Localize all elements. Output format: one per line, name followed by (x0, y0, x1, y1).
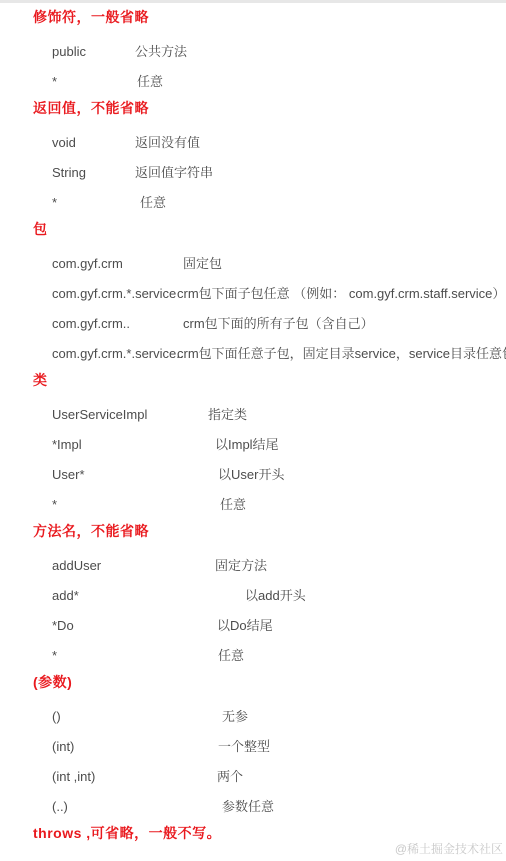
desc-text: 指定类 (208, 406, 247, 424)
table-row: com.gyf.crm.*.service crm包下面子包任意 （例如： co… (0, 280, 506, 310)
desc-text: 任意 (140, 194, 166, 212)
desc-text: crm包下面子包任意 （例如： com.gyf.crm.staff.servic… (177, 285, 505, 303)
pattern-text: com.gyf.crm (52, 255, 123, 273)
desc-text: 两个 (217, 768, 243, 786)
pattern-text: com.gyf.crm.*.service (52, 285, 176, 303)
table-row: User* 以User开头 (0, 461, 506, 491)
desc-text: 以add开头 (245, 587, 306, 605)
table-row: String 返回值字符串 (0, 159, 506, 189)
watermark: @稀土掘金技术社区 (395, 840, 503, 857)
pattern-text: * (52, 647, 57, 665)
table-row: add* 以add开头 (0, 582, 506, 612)
pattern-text: com.gyf.crm.*.service.. (52, 345, 183, 363)
table-row: public 公共方法 (0, 38, 506, 68)
desc-text: crm包下面的所有子包（含自己） (183, 315, 374, 333)
desc-text: 参数任意 (222, 798, 274, 816)
section-title: (参数) (0, 673, 506, 703)
table-row: * 任意 (0, 491, 506, 521)
table-row: () 无参 (0, 703, 506, 733)
table-row: addUser 固定方法 (0, 552, 506, 582)
pattern-text: void (52, 134, 76, 152)
table-row: (int ,int) 两个 (0, 763, 506, 793)
section-title: 类 (0, 371, 506, 401)
section-return-value: 返回值，不能省略 void 返回没有值 String 返回值字符串 * 任意 (0, 99, 506, 219)
table-row: * 任意 (0, 189, 506, 219)
desc-text: 公共方法 (135, 43, 187, 61)
section-title: 方法名，不能省略 (0, 522, 506, 552)
section-title: 包 (0, 220, 506, 250)
desc-text: 以Do结尾 (217, 617, 273, 635)
desc-text: 无参 (222, 708, 248, 726)
section-parameters: (参数) () 无参 (int) 一个整型 (int ,int) 两个 (..)… (0, 673, 506, 823)
section-package: 包 com.gyf.crm 固定包 com.gyf.crm.*.service … (0, 220, 506, 370)
section-modifier: 修饰符，一般省略 public 公共方法 * 任意 (0, 8, 506, 98)
pattern-text: add* (52, 587, 79, 605)
section-title: 修饰符，一般省略 (0, 8, 506, 38)
table-row: *Impl 以Impl结尾 (0, 431, 506, 461)
desc-text: 以Impl结尾 (215, 436, 279, 454)
desc-text: 任意 (220, 496, 246, 514)
desc-text: 固定包 (183, 255, 222, 273)
desc-text: 以User开头 (218, 466, 284, 484)
desc-text: 固定方法 (215, 557, 267, 575)
section-method-name: 方法名，不能省略 addUser 固定方法 add* 以add开头 *Do 以D… (0, 522, 506, 672)
table-row: (int) 一个整型 (0, 733, 506, 763)
pattern-text: public (52, 43, 86, 61)
pattern-text: * (52, 73, 57, 91)
section-class: 类 UserServiceImpl 指定类 *Impl 以Impl结尾 User… (0, 371, 506, 521)
pattern-text: *Do (52, 617, 74, 635)
table-row: com.gyf.crm 固定包 (0, 250, 506, 280)
pattern-text: UserServiceImpl (52, 406, 147, 424)
table-row: com.gyf.crm.. crm包下面的所有子包（含自己） (0, 310, 506, 340)
desc-text: 任意 (137, 73, 163, 91)
pattern-text: String (52, 164, 86, 182)
table-row: UserServiceImpl 指定类 (0, 401, 506, 431)
pattern-text: (int ,int) (52, 768, 95, 786)
pattern-text: *Impl (52, 436, 82, 454)
desc-text: 任意 (218, 647, 244, 665)
pattern-text: (int) (52, 738, 74, 756)
table-row: com.gyf.crm.*.service.. crm包下面任意子包，固定目录s… (0, 340, 506, 370)
table-row: *Do 以Do结尾 (0, 612, 506, 642)
desc-text: 返回没有值 (135, 134, 200, 152)
pattern-text: addUser (52, 557, 101, 575)
table-row: void 返回没有值 (0, 129, 506, 159)
table-row: * 任意 (0, 68, 506, 98)
pattern-text: * (52, 496, 57, 514)
table-row: * 任意 (0, 642, 506, 672)
pattern-text: (..) (52, 798, 68, 816)
pattern-text: com.gyf.crm.. (52, 315, 130, 333)
desc-text: 返回值字符串 (135, 164, 213, 182)
table-row: (..) 参数任意 (0, 793, 506, 823)
desc-text: crm包下面任意子包，固定目录service，service目录任意包 (177, 345, 506, 363)
desc-text: 一个整型 (218, 738, 270, 756)
pattern-text: () (52, 708, 61, 726)
document-page: 修饰符，一般省略 public 公共方法 * 任意 返回值，不能省略 void … (0, 0, 506, 861)
pattern-text: User* (52, 466, 85, 484)
notes-content: 修饰符，一般省略 public 公共方法 * 任意 返回值，不能省略 void … (0, 3, 506, 854)
pattern-text: * (52, 194, 57, 212)
section-title: 返回值，不能省略 (0, 99, 506, 129)
